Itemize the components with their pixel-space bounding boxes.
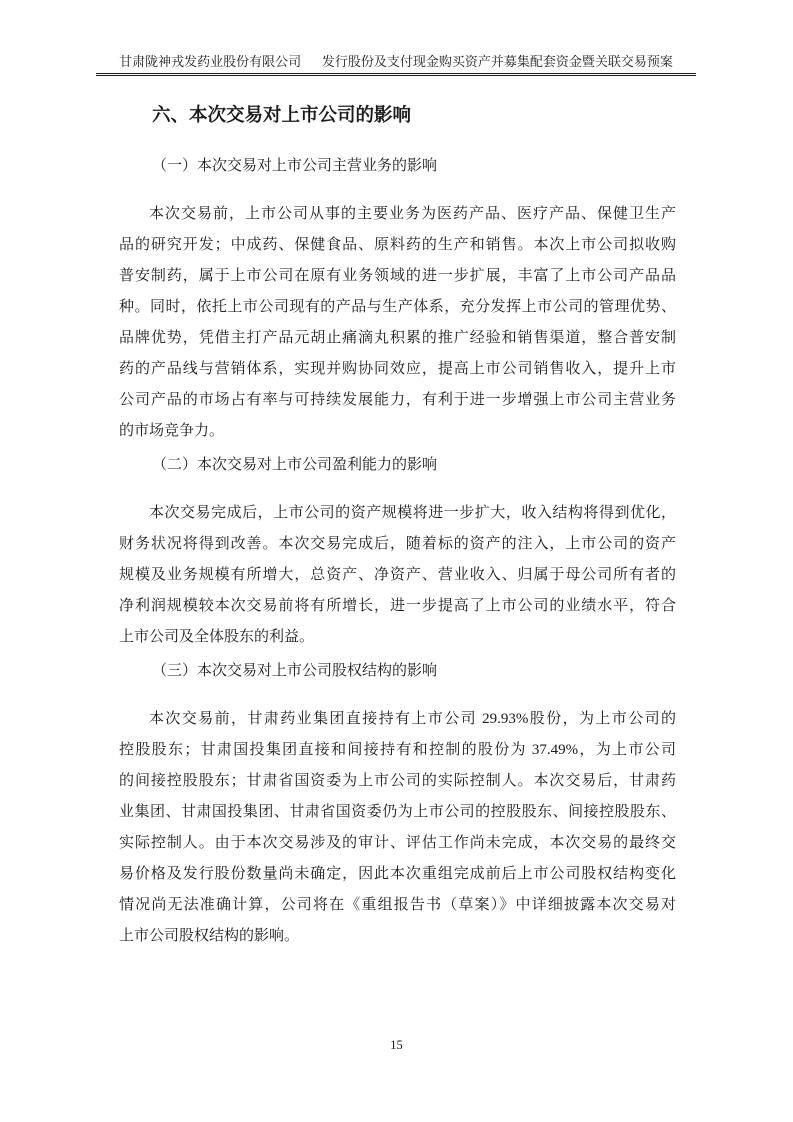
page-header: 甘肃陇神戎发药业股份有限公司发行股份及支付现金购买资产并募集配套资金暨关联交易预… — [96, 53, 696, 76]
paragraph-line: 实际控制人。由于本次交易涉及的审计、评估工作尚未完成，本次交易的最终交 — [119, 828, 676, 859]
section-heading: （一）本次交易对上市公司主营业务的影响 — [119, 156, 676, 177]
chapter-title: 六、本次交易对上市公司的影响 — [119, 102, 676, 130]
section-heading: （三）本次交易对上市公司股权结构的影响 — [119, 661, 676, 682]
paragraph: 本次交易前，甘肃药业集团直接持有上市公司 29.93%股份，为上市公司的控股股东… — [119, 704, 676, 952]
header-document-title: 发行股份及支付现金购买资产并募集配套资金暨关联交易预案 — [322, 54, 673, 69]
section-profitability: （二）本次交易对上市公司盈利能力的影响 本次交易完成后，上市公司的资产规模将进一… — [119, 455, 676, 653]
paragraph-line: 本次交易前，甘肃药业集团直接持有上市公司 29.93%股份，为上市公司的 — [119, 704, 676, 735]
paragraph-line: 的间接控股股东；甘肃省国资委为上市公司的实际控制人。本次交易后，甘肃药 — [119, 766, 676, 797]
paragraph-line: 种。同时，依托上市公司现有的产品与生产体系，充分发挥上市公司的管理优势、 — [119, 292, 676, 323]
paragraph-line: 普安制药，属于上市公司在原有业务领域的进一步扩展，丰富了上市公司产品品 — [119, 261, 676, 292]
paragraph-line: 品牌优势，凭借主打产品元胡止痛滴丸积累的推广经验和销售渠道，整合普安制 — [119, 323, 676, 354]
paragraph-line: 情况尚无法准确计算，公司将在《重组报告书（草案）》中详细披露本次交易对 — [119, 890, 676, 921]
section-heading: （二）本次交易对上市公司盈利能力的影响 — [119, 455, 676, 476]
paragraph-line: 公司产品的市场占有率与可持续发展能力，有利于进一步增强上市公司主营业务 — [119, 385, 676, 416]
paragraph-line: 易价格及发行股份数量尚未确定，因此本次重组完成前后上市公司股权结构变化 — [119, 859, 676, 890]
paragraph: 本次交易完成后，上市公司的资产规模将进一步扩大，收入结构将得到优化，财务状况将得… — [119, 498, 676, 653]
document-page: 甘肃陇神戎发药业股份有限公司发行股份及支付现金购买资产并募集配套资金暨关联交易预… — [0, 0, 793, 1122]
paragraph-line: 本次交易前，上市公司从事的主要业务为医药产品、医疗产品、保健卫生产 — [119, 199, 676, 230]
paragraph-line: 财务状况将得到改善。本次交易完成后，随着标的资产的注入，上市公司的资产 — [119, 529, 676, 560]
page-content: 六、本次交易对上市公司的影响 （一）本次交易对上市公司主营业务的影响 本次交易前… — [119, 98, 676, 952]
paragraph: 本次交易前，上市公司从事的主要业务为医药产品、医疗产品、保健卫生产品的研究开发；… — [119, 199, 676, 447]
section-main-business: （一）本次交易对上市公司主营业务的影响 本次交易前，上市公司从事的主要业务为医药… — [119, 156, 676, 447]
paragraph-line: 控股股东；甘肃国投集团直接和间接持有和控制的股份为 37.49%，为上市公司 — [119, 735, 676, 766]
paragraph-line: 的市场竞争力。 — [119, 416, 676, 447]
paragraph-line: 规模及业务规模有所增大，总资产、净资产、营业收入、归属于母公司所有者的 — [119, 560, 676, 591]
section-equity-structure: （三）本次交易对上市公司股权结构的影响 本次交易前，甘肃药业集团直接持有上市公司… — [119, 661, 676, 952]
page-number: 15 — [0, 1038, 793, 1052]
paragraph-line: 上市公司及全体股东的利益。 — [119, 622, 676, 653]
paragraph-line: 本次交易完成后，上市公司的资产规模将进一步扩大，收入结构将得到优化， — [119, 498, 676, 529]
paragraph-line: 品的研究开发；中成药、保健食品、原料药的生产和销售。本次上市公司拟收购 — [119, 230, 676, 261]
paragraph-line: 药的产品线与营销体系，实现并购协同效应，提高上市公司销售收入，提升上市 — [119, 354, 676, 385]
paragraph-line: 净利润规模较本次交易前将有所增长，进一步提高了上市公司的业绩水平，符合 — [119, 591, 676, 622]
header-company-name: 甘肃陇神戎发药业股份有限公司 — [119, 54, 301, 69]
paragraph-line: 业集团、甘肃国投集团、甘肃省国资委仍为上市公司的控股股东、间接控股股东、 — [119, 797, 676, 828]
paragraph-line: 上市公司股权结构的影响。 — [119, 921, 676, 952]
